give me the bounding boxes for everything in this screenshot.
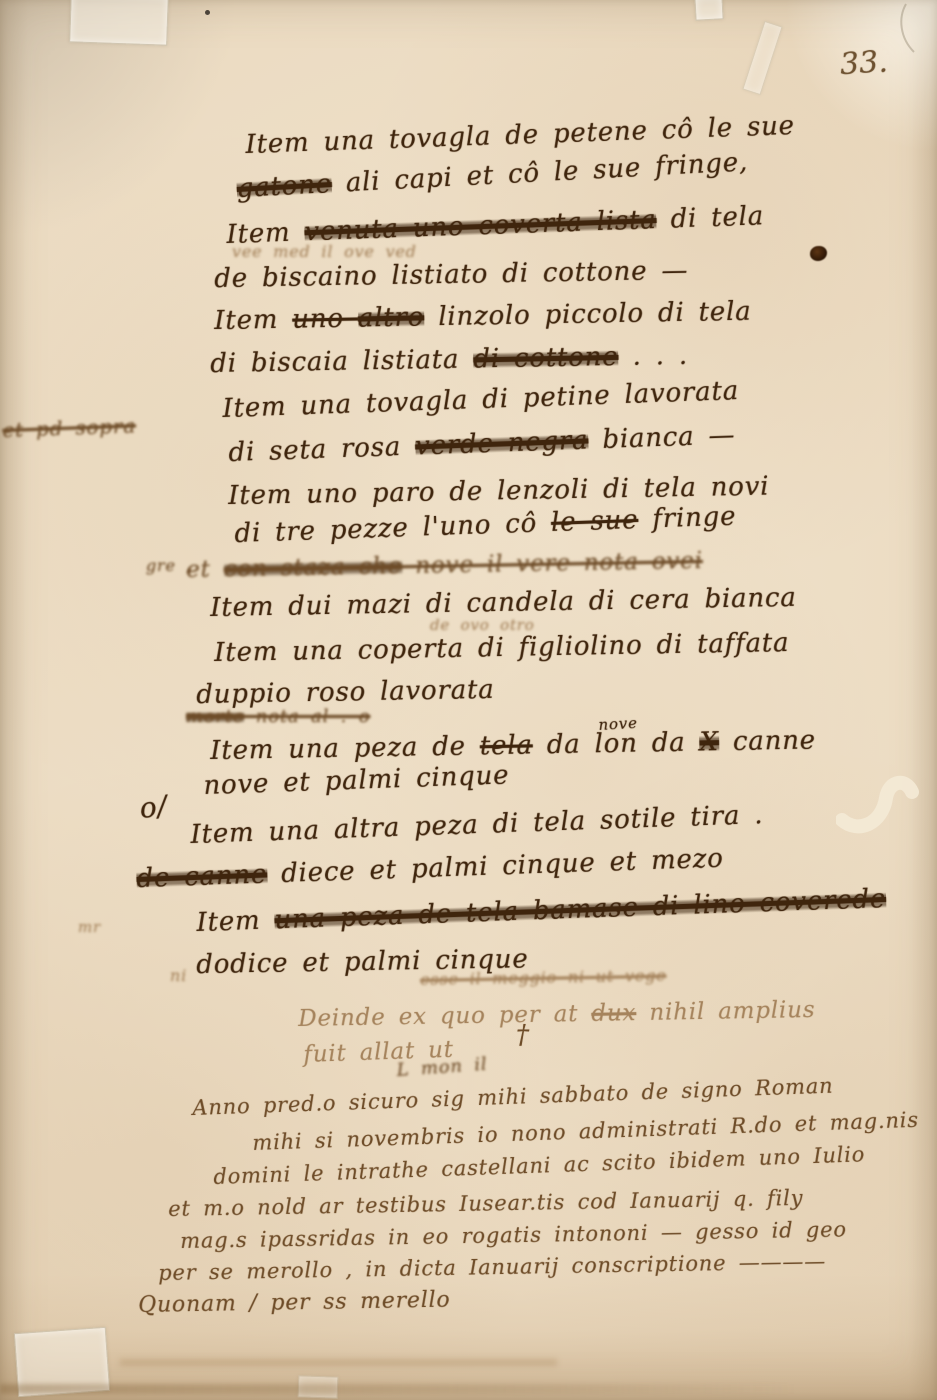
text-segment: di tela [656,201,765,235]
margin-mark: † [516,1020,530,1050]
text-segment: Item [214,305,293,336]
bottom-stain [0,1384,797,1394]
margin-mark: esse il meggio ni ut vege [420,966,667,989]
text-segment: per se merollo , in dicta Ianuarij consc… [158,1249,826,1285]
text-segment: con staza che [224,553,403,582]
manuscript-photo: 33. Item una tovagla de petene cô le sue… [0,0,937,1400]
text-segment: duppio roso lavorata [196,675,495,710]
text-segment: linzolo piccolo di tela [424,297,752,333]
margin-mark: vee med il ove ved [232,242,417,261]
text-segment: esse il meggio ni ut vege [420,966,667,989]
text-segment: fringe [638,501,737,534]
manuscript-line: duppio roso lavorata [196,675,495,710]
manuscript-line: di seta rosa verde negra bianca — [228,420,736,468]
text-segment: uno [292,303,358,334]
text-segment: Item una peza de [210,731,480,766]
text-segment: di tre pezze l'uno cô [234,508,552,549]
manuscript-line: mag.s ipassridas in eo rogatis intononi … [180,1217,847,1253]
text-segment: nove et palmi cinque [203,760,510,801]
margin-mark: ni [170,966,187,985]
manuscript-line: Item una altra peza di tela sotile tira … [190,800,764,850]
manuscript-line: de canne diece et palmi cinque et mezo [136,843,724,893]
ink-blot [810,246,827,261]
text-segment: altro [358,302,425,333]
tape-top-center [694,0,723,21]
manuscript-line: et m.o nold ar testibus Iusear.tis cod I… [168,1186,804,1221]
text-segment: Item [196,905,275,938]
text-segment: gre , [146,556,193,575]
text-segment: di seta rosa [228,431,416,467]
manuscript-line: Quonam / per ss merello [138,1288,451,1318]
text-segment: una peza de tela bamase di lino coverede [274,884,887,935]
manuscript-line: Item una peza de tela bamase di lino cov… [196,884,887,938]
text-segment: Item una tovagla di petine lavorata [222,376,739,424]
text-segment: X [699,727,719,757]
ink-speck [205,10,210,15]
margin-mark: mr [78,918,101,936]
manuscript-line: Item una peza de tela da lon da X canne [210,725,816,766]
text-segment: canne [719,725,817,757]
text-segment: di cottone [473,342,619,375]
manuscript-line: Item una tovagla di petine lavorata [222,376,739,424]
text-segment: morte [186,706,244,727]
text-segment: mag.s ipassridas in eo rogatis intononi … [180,1217,847,1253]
text-segment: ali capi et cô le sue fringe, [331,147,749,199]
text-segment: ni [170,966,187,985]
text-segment: le sue [551,505,639,538]
corner-crease [868,0,937,60]
text-segment: o/ [138,789,169,825]
margin-mark: et pd sopra [2,413,136,442]
manuscript-line: Deinde ex quo per at dux nihil amplius [298,997,816,1032]
manuscript-line: Item uno altro linzolo piccolo di tela [214,297,752,336]
text-segment: nota al . o [244,706,370,727]
manuscript-line: di biscaia listiata di cottone . . . [210,341,688,379]
manuscript-page: 33. Item una tovagla de petene cô le sue… [0,0,937,1400]
text-segment: Deinde ex quo per at [298,1001,592,1032]
text-segment: tela [480,730,533,761]
manuscript-line: et con staza che nove il vere nota ovei [186,548,703,583]
tape-top-left [69,0,169,46]
margin-mark: nove [598,714,638,734]
bottom-stain-2 [120,1359,557,1366]
text-segment: † [516,1020,530,1050]
text-segment: di biscaia listiata [210,344,474,379]
text-segment: bianca — [588,420,736,455]
text-segment: dux [591,1000,636,1027]
text-segment: . . . [618,341,688,372]
text-segment: mr [78,918,101,936]
text-segment: de canne [136,859,268,894]
manuscript-line: per se merollo , in dicta Ianuarij consc… [158,1249,826,1285]
text-segment: Quonam / per ss merello [138,1288,451,1318]
text-segment: gatone [236,169,333,204]
text-segment: de ovo otro [430,616,535,634]
text-segment: vee med il ove ved [232,242,417,261]
text-segment: venuta uno coverta lista [304,205,657,247]
text-segment: Item una altra peza di tela sotile tira … [190,800,764,850]
paper-flaw-mark [836,762,926,838]
text-segment: et pd sopra [2,413,136,442]
margin-mark: gre , [146,556,193,575]
text-segment: diece et palmi cinque et mezo [267,843,725,889]
manuscript-line: nove et palmi cinque [203,760,510,801]
text-segment: de biscaino listiato di cottone — [214,256,688,294]
text-segment: et m.o nold ar testibus Iusear.tis cod I… [168,1186,804,1221]
margin-mark: o/ [138,789,169,825]
tape-top-strip [742,21,782,95]
text-segment: nihil amplius [636,997,816,1026]
text-segment: nove il vere nota ovei [402,548,703,579]
text-segment: verde negra [415,425,589,461]
text-segment: nove [598,714,638,734]
manuscript-line: morte nota al . o [186,706,370,727]
manuscript-line: de biscaino listiato di cottone — [214,256,688,294]
margin-mark: de ovo otro [430,616,535,634]
